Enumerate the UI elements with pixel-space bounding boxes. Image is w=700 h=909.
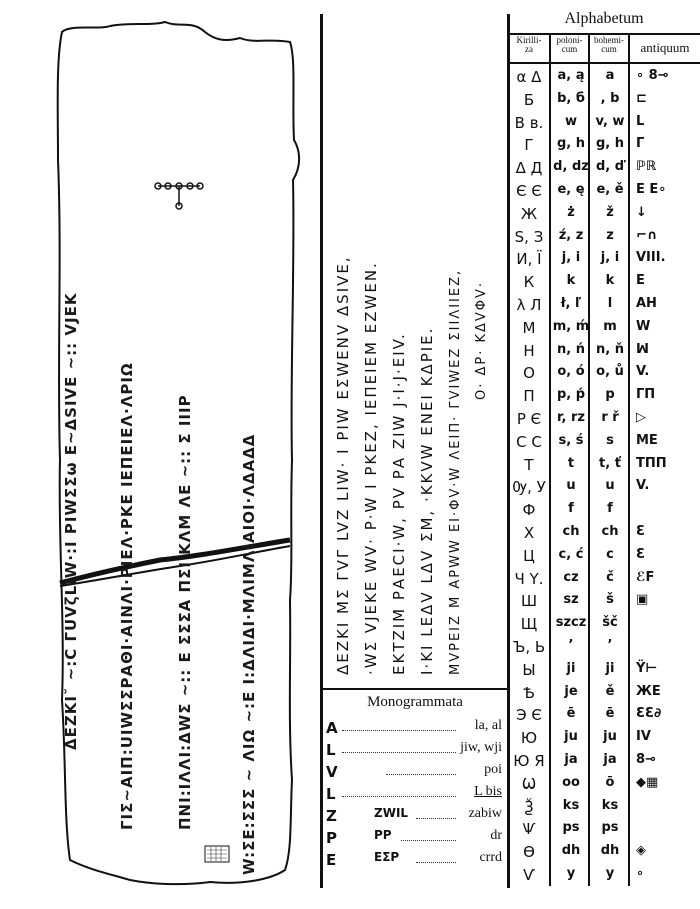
bohemicum-value: ě (591, 684, 629, 699)
monogram-glyph: Z (326, 807, 337, 825)
alphabet-row: И, Їj, ij, iVIII. (508, 248, 700, 272)
bohemicum-value: ja (591, 752, 629, 767)
monogram-glyph: V (326, 763, 338, 781)
kirilliza-letter: λ Л (510, 296, 548, 314)
alphabet-row: ЮjujuIV (508, 727, 700, 751)
bohemicum-value: ž (591, 205, 629, 220)
polonicum-value: a, ą (552, 68, 590, 83)
polonicum-value: ź, z (552, 228, 590, 243)
antiquum-glyph: ∘ (632, 866, 698, 881)
kirilliza-letter: Т (510, 456, 548, 474)
polonicum-value: b, б (552, 91, 590, 106)
bohemicum-value: šč (591, 615, 629, 630)
antiquum-glyph: ƐƐ∂ (632, 706, 698, 721)
monogram-value: zabiw (469, 806, 502, 822)
kirilliza-letter: Б (510, 91, 548, 109)
header-rule (508, 62, 700, 64)
polonicum-value: ł, ľ (552, 296, 590, 311)
alphabet-row: ХchchƐ (508, 522, 700, 546)
bohemicum-value: m (591, 319, 629, 334)
polonicum-value: ji (552, 661, 590, 676)
polonicum-value: e, ę (552, 182, 590, 197)
kirilliza-letter: Ѵ (510, 866, 548, 884)
polonicum-value: ks (552, 798, 590, 813)
antiquum-glyph: ◆▦ (632, 775, 698, 790)
alphabet-row: Ѯksks (508, 796, 700, 820)
polonicum-value: g, h (552, 136, 590, 151)
polonicum-value: dh (552, 843, 590, 858)
kirilliza-letter: Ч Ү. (510, 570, 548, 588)
kirilliza-letter: Э Є (510, 706, 548, 724)
alphabet-row: Δ Дd, dzd, ďℙℝ (508, 157, 700, 181)
monogram-ligature: ΖWΙL (374, 806, 408, 820)
bohemicum-value: č (591, 570, 629, 585)
alphabet-row: Жżž↓ (508, 203, 700, 227)
bohemicum-value: ē (591, 706, 629, 721)
cross-symbol (155, 183, 203, 209)
monogram-glyph: P (326, 829, 337, 847)
antiquum-glyph: ∘ 8⊸ (632, 68, 698, 83)
bohemicum-value: ps (591, 820, 629, 835)
polonicum-value: j, i (552, 250, 590, 265)
antiquum-glyph: Ɛ (632, 547, 698, 562)
antiquum-glyph: ΓΠ (632, 387, 698, 402)
alphabet-row: Э ЄēēƐƐ∂ (508, 704, 700, 728)
bohemicum-value: š (591, 592, 629, 607)
bohemicum-value: p (591, 387, 629, 402)
polonicum-value: p, ṕ (552, 387, 590, 402)
polonicum-value: ju (552, 729, 590, 744)
leader-dots (386, 774, 456, 775)
alphabet-row: Бb, б, b⊏ (508, 89, 700, 113)
kirilliza-letter: Ѱ (510, 820, 548, 838)
bohemicum-value: u (591, 478, 629, 493)
alphabet-row: α Δa, ąa∘ 8⊸ (508, 66, 700, 90)
bohemicum-value: t, ť (591, 456, 629, 471)
antiquum-glyph: W (632, 319, 698, 334)
stone-tablet-drawing: ΔΕΖΚΙ˘ ~:C ΓUVζLIW·:Ι ΡΙWΣΣω Ε~ΔSΙVΕ ~::… (0, 0, 310, 909)
polonicum-value: r, rz (552, 410, 590, 425)
kirilliza-letter: Є Є (510, 182, 548, 200)
antiquum-glyph: E (632, 273, 698, 288)
antiquum-glyph: ⌐∩ (632, 228, 698, 243)
polonicum-value: ē (552, 706, 590, 721)
alphabet-row: Шszš▣ (508, 590, 700, 614)
alphabet-row: Оo, óo, ůV. (508, 362, 700, 386)
monogram-value: jiw, wji (460, 740, 502, 756)
polonicum-value: szcz (552, 615, 590, 630)
kirilliza-letter: Ы (510, 661, 548, 679)
bohemicum-value: v, w (591, 114, 629, 129)
polonicum-value: ’ (552, 638, 590, 653)
alphabet-row: С Сs, śsME (508, 431, 700, 455)
alphabetum-title: Alphabetum (508, 10, 700, 28)
monogram-glyph: L (326, 785, 336, 803)
antiquum-glyph: Ɛ (632, 524, 698, 539)
alphabet-row: Ѱpsps (508, 818, 700, 842)
antiquum-glyph: ME (632, 433, 698, 448)
monogram-value: crrd (479, 850, 502, 866)
kirilliza-letter: Н (510, 342, 548, 360)
antiquum-glyph: ꟽ (632, 342, 698, 357)
antiquum-glyph: ▣ (632, 592, 698, 607)
tablet-inscription-col-2: ΓΙΣ~ΑΙΠ:UIWΣΣΡΑΘΙ·ΑΙΝΛΙ·ΡΙΕΛ·ΡΚΕ ΙΕΠΕΙΕΛ… (118, 30, 142, 830)
polonicum-value: n, ń (552, 342, 590, 357)
polonicum-value: ch (552, 524, 590, 539)
kirilliza-letter: В в. (510, 114, 548, 132)
antiquum-glyph: ЖE (632, 684, 698, 699)
bohemicum-value: s (591, 433, 629, 448)
tablet-inscription-col-1: ΔΕΖΚΙ˘ ~:C ΓUVζLIW·:Ι ΡΙWΣΣω Ε~ΔSΙVΕ ~::… (62, 40, 86, 750)
kirilliza-letter: Г (510, 136, 548, 154)
polonicum-value: s, ś (552, 433, 590, 448)
monogram-glyph: A (326, 719, 338, 737)
polonicum-value: c, ć (552, 547, 590, 562)
polonicum-value: ja (552, 752, 590, 767)
kirilliza-letter: Ъ, Ь (510, 638, 548, 656)
transcription-line-5: ΜVΡΕΙΖ Μ ΑΡWW ΕΙ·ΦV·W ΛΕΙΠ· ΓVΙWΕΖ ΣΙΙΛΙ… (448, 155, 463, 675)
alphabet-row: Тtt, ťΤΠΠ (508, 454, 700, 478)
polonicum-value: u (552, 478, 590, 493)
alphabet-row: λ Лł, ľlAH (508, 294, 700, 318)
alphabet-row: Ѡooō◆▦ (508, 773, 700, 797)
bohemicum-value: f (591, 501, 629, 516)
alphabetum-table: Alphabetum Kirilli- za poloni- cum bohem… (508, 0, 700, 909)
tablet-inscription-col-3: ΠΝΙ:ΙΛΛΙ:ΔWΣ ~:: Ε ΣΣΣΑ ΠΣΙ ΚΛΜ ΛΕ ~:: Σ… (176, 310, 200, 830)
alphabet-row: Мm, ḿmW (508, 317, 700, 341)
alphabet-row: Нn, ńn, ňꟽ (508, 340, 700, 364)
alphabet-row: ЫjijiΫ⊢ (508, 659, 700, 683)
header-antiquum: antiquum (630, 43, 700, 52)
polonicum-value: d, dz (552, 159, 590, 174)
kirilliza-letter: И, Ї (510, 250, 548, 268)
antiquum-glyph: ℰF (632, 570, 698, 585)
monogram-value: dr (490, 828, 502, 844)
polonicum-value: w (552, 114, 590, 129)
leader-dots (416, 818, 456, 819)
bohemicum-value: ji (591, 661, 629, 676)
bohemicum-value: ō (591, 775, 629, 790)
alphabet-row: S, Зź, zz⌐∩ (508, 226, 700, 250)
antiquum-glyph: ⊏ (632, 91, 698, 106)
monogram-row: Z ΖWΙL zabiw (326, 806, 502, 828)
bohemicum-value: ch (591, 524, 629, 539)
monogram-row: V poi (326, 762, 502, 784)
transcription-line-1: ΔΕΖΚΙ ΜΣ ΓVΓ LVΖ LIW· Ι ΡΙW ΕΣWΕΝV ΔSΙVΕ… (334, 80, 352, 675)
alphabet-row: Фff (508, 499, 700, 523)
monogram-row: E ΕΣΡ crrd (326, 850, 502, 872)
kirilliza-letter: Р Є (510, 410, 548, 428)
polonicum-value: o, ó (552, 364, 590, 379)
monogram-value: la, al (475, 718, 502, 734)
bohemicum-value: o, ů (591, 364, 629, 379)
alphabet-row: ѢjeěЖE (508, 682, 700, 706)
alphabet-row: Гg, hg, hΓ (508, 134, 700, 158)
alphabet-row: Цc, ćcƐ (508, 545, 700, 569)
bohemicum-value: k (591, 273, 629, 288)
leader-dots (342, 752, 456, 753)
polonicum-value: je (552, 684, 590, 699)
alphabet-row: Ч Ү.czčℰF (508, 568, 700, 592)
kirilliza-letter: Ѣ (510, 684, 548, 702)
kirilliza-letter: Ю (510, 729, 548, 747)
antiquum-glyph: 8⊸ (632, 752, 698, 767)
leader-dots (342, 796, 456, 797)
kirilliza-letter: Ф (510, 501, 548, 519)
polonicum-value: m, ḿ (552, 319, 590, 334)
antiquum-glyph: L (632, 114, 698, 129)
monogram-ligature: ΡΡ (374, 828, 392, 842)
header-polonicum: poloni- cum (551, 36, 588, 54)
monogrammata-title: Monogrammata (322, 694, 508, 711)
leader-dots (401, 840, 456, 841)
bohemicum-value: r ř (591, 410, 629, 425)
alphabet-row: Ю Яjaja8⊸ (508, 750, 700, 774)
antiquum-glyph: V. (632, 478, 698, 493)
monogram-glyph: L (326, 741, 336, 759)
kirilliza-letter: Ж (510, 205, 548, 223)
bohemicum-value: j, i (591, 250, 629, 265)
polonicum-value: cz (552, 570, 590, 585)
antiquum-glyph: IV (632, 729, 698, 744)
polonicum-value: ż (552, 205, 590, 220)
kirilliza-letter: Ш (510, 592, 548, 610)
polonicum-value: k (552, 273, 590, 288)
alphabet-row: Є Єe, ęe, ěE E∘ (508, 180, 700, 204)
header-bohemicum: bohemi- cum (590, 36, 628, 54)
antiquum-glyph: ◈ (632, 843, 698, 858)
polonicum-value: sz (552, 592, 590, 607)
kirilliza-letter: Щ (510, 615, 548, 633)
alphabet-row: Ѹ, УuuV. (508, 476, 700, 500)
antiquum-glyph: AH (632, 296, 698, 311)
kirilliza-letter: Ѯ (510, 798, 548, 816)
bohemicum-value: z (591, 228, 629, 243)
antiquum-glyph: ↓ (632, 205, 698, 220)
bohemicum-value: c (591, 547, 629, 562)
polonicum-value: t (552, 456, 590, 471)
monogram-row: P ΡΡ dr (326, 828, 502, 850)
transcription-line-3: ΕΚΤΖΙΜ ΡΑΕCΙ·W, ΡV ΡΑ ΖΙW J·Ι·J·ΕΙV. (390, 200, 408, 675)
bohemicum-value: ju (591, 729, 629, 744)
alphabet-row: Щszczšč (508, 613, 700, 637)
antiquum-glyph: ΤΠΠ (632, 456, 698, 471)
alphabet-row: В в.wv, wL (508, 112, 700, 136)
monogram-row: L L bis (326, 784, 502, 806)
kirilliza-letter: α Δ (510, 68, 548, 86)
bohemicum-value: g, h (591, 136, 629, 151)
kirilliza-letter: Ю Я (510, 752, 548, 770)
bohemicum-value: , b (591, 91, 629, 106)
bohemicum-value: ks (591, 798, 629, 813)
kirilliza-letter: С С (510, 433, 548, 451)
bohemicum-value: y (591, 866, 629, 881)
kirilliza-letter: Х (510, 524, 548, 542)
transcription-line-6: Ο· ΔΡ· ΚΔVΦV· (474, 250, 489, 400)
alphabet-row: Ъ, Ь’’ (508, 636, 700, 660)
antiquum-glyph: ▷ (632, 410, 698, 425)
kirilliza-letter: S, З (510, 228, 548, 246)
antiquum-glyph: Γ (632, 136, 698, 151)
monogram-row: A la, al (326, 718, 502, 740)
polonicum-value: ps (552, 820, 590, 835)
kirilliza-letter: М (510, 319, 548, 337)
transcription-line-4: Ι·ΚΙ LΕΔV LΔV ΣΜ, ·ΚΚVW ΕΝΕΙ ΚΔΡΙΕ. (418, 175, 436, 675)
polonicum-value: f (552, 501, 590, 516)
antiquum-glyph: E E∘ (632, 182, 698, 197)
antiquum-glyph: ℙℝ (632, 159, 698, 174)
bohemicum-value: dh (591, 843, 629, 858)
kirilliza-letter: Δ Д (510, 159, 548, 177)
kirilliza-letter: К (510, 273, 548, 291)
monogram-value: poi (484, 762, 502, 778)
alphabet-row: Ѳdhdh◈ (508, 841, 700, 865)
bohemicum-value: ’ (591, 638, 629, 653)
transcription-line-2: ·WΣ VJEKE WV· Ρ·W Ι ΡΚΕΖ, ΙΕΠΕΙΕΜ ΕΖWΕΝ. (362, 110, 380, 675)
polonicum-value: oo (552, 775, 590, 790)
alphabet-row: Ѵyy∘ (508, 864, 700, 888)
monogrammata-box: Monogrammata A la, al L jiw, wji V poi L… (322, 688, 508, 878)
monogram-value: L bis (474, 784, 502, 800)
bohemicum-value: a (591, 68, 629, 83)
antiquum-glyph: VIII. (632, 250, 698, 265)
bohemicum-value: e, ě (591, 182, 629, 197)
kirilliza-letter: Ѳ (510, 843, 548, 861)
kirilliza-letter: О (510, 364, 548, 382)
kirilliza-letter: Ѹ, У (510, 478, 548, 496)
polonicum-value: y (552, 866, 590, 881)
monogram-glyph: E (326, 851, 336, 869)
bohemicum-value: n, ň (591, 342, 629, 357)
monogram-ligature: ΕΣΡ (374, 850, 399, 864)
alphabet-row: Р Єr, rzr ř▷ (508, 408, 700, 432)
kirilliza-letter: Ц (510, 547, 548, 565)
kirilliza-letter: П (510, 387, 548, 405)
leader-dots (342, 730, 456, 731)
alphabet-row: Пp, ṕpΓΠ (508, 385, 700, 409)
alphabet-row: КkkE (508, 271, 700, 295)
monogram-row: L jiw, wji (326, 740, 502, 762)
antiquum-glyph: Ϋ⊢ (632, 661, 698, 676)
tablet-inscription-col-4: W:ΣΕ:ΣΣΣ ~ ΛΙΩ ~:Ε Ι:ΔΛΙΔΙ·ΜΛΙΜΛΙΑΙΟΙ·ΛΔ… (240, 150, 264, 875)
leader-dots (416, 862, 456, 863)
kirilliza-letter: Ѡ (510, 775, 548, 793)
bohemicum-value: d, ď (591, 159, 629, 174)
bohemicum-value: l (591, 296, 629, 311)
header-kirilliza: Kirilli- za (510, 36, 548, 54)
antiquum-glyph: V. (632, 364, 698, 379)
